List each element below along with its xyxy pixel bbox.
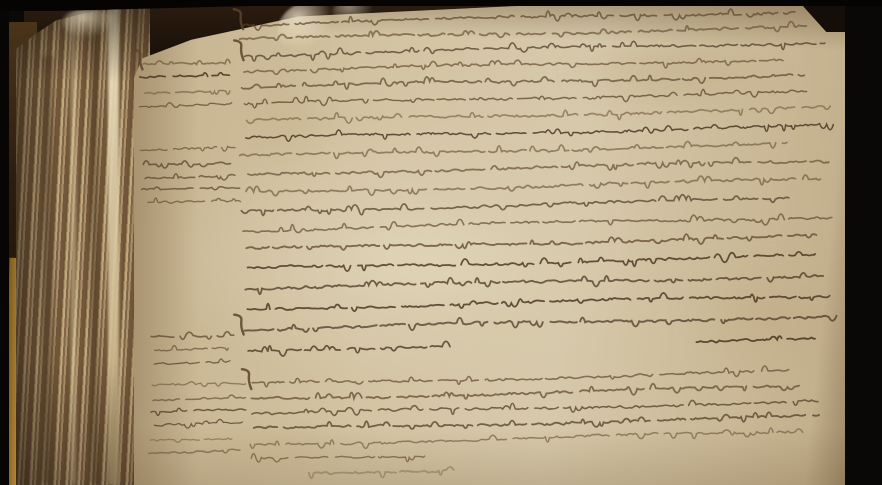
manuscript-photograph [0, 0, 882, 485]
fore-edge-dark-groove [90, 6, 99, 485]
manuscript-page [134, 0, 850, 485]
background-left-edge [0, 0, 9, 485]
parchment-stain [560, 38, 790, 108]
background-right-edge [845, 0, 882, 485]
parchment-stain [180, 415, 380, 475]
curled-leaf-highlight [62, 8, 116, 38]
fore-edge-bright-leaf-edge [108, 6, 119, 485]
fore-edge-dark-groove [42, 56, 54, 485]
fore-edge-light-streak [71, 6, 76, 485]
parchment-stain [300, 205, 560, 325]
parchment-stain [238, 55, 333, 180]
page-stack-fore-edge [16, 6, 150, 485]
parchment-stain [680, 255, 840, 375]
background-top-edge [0, 0, 882, 6]
